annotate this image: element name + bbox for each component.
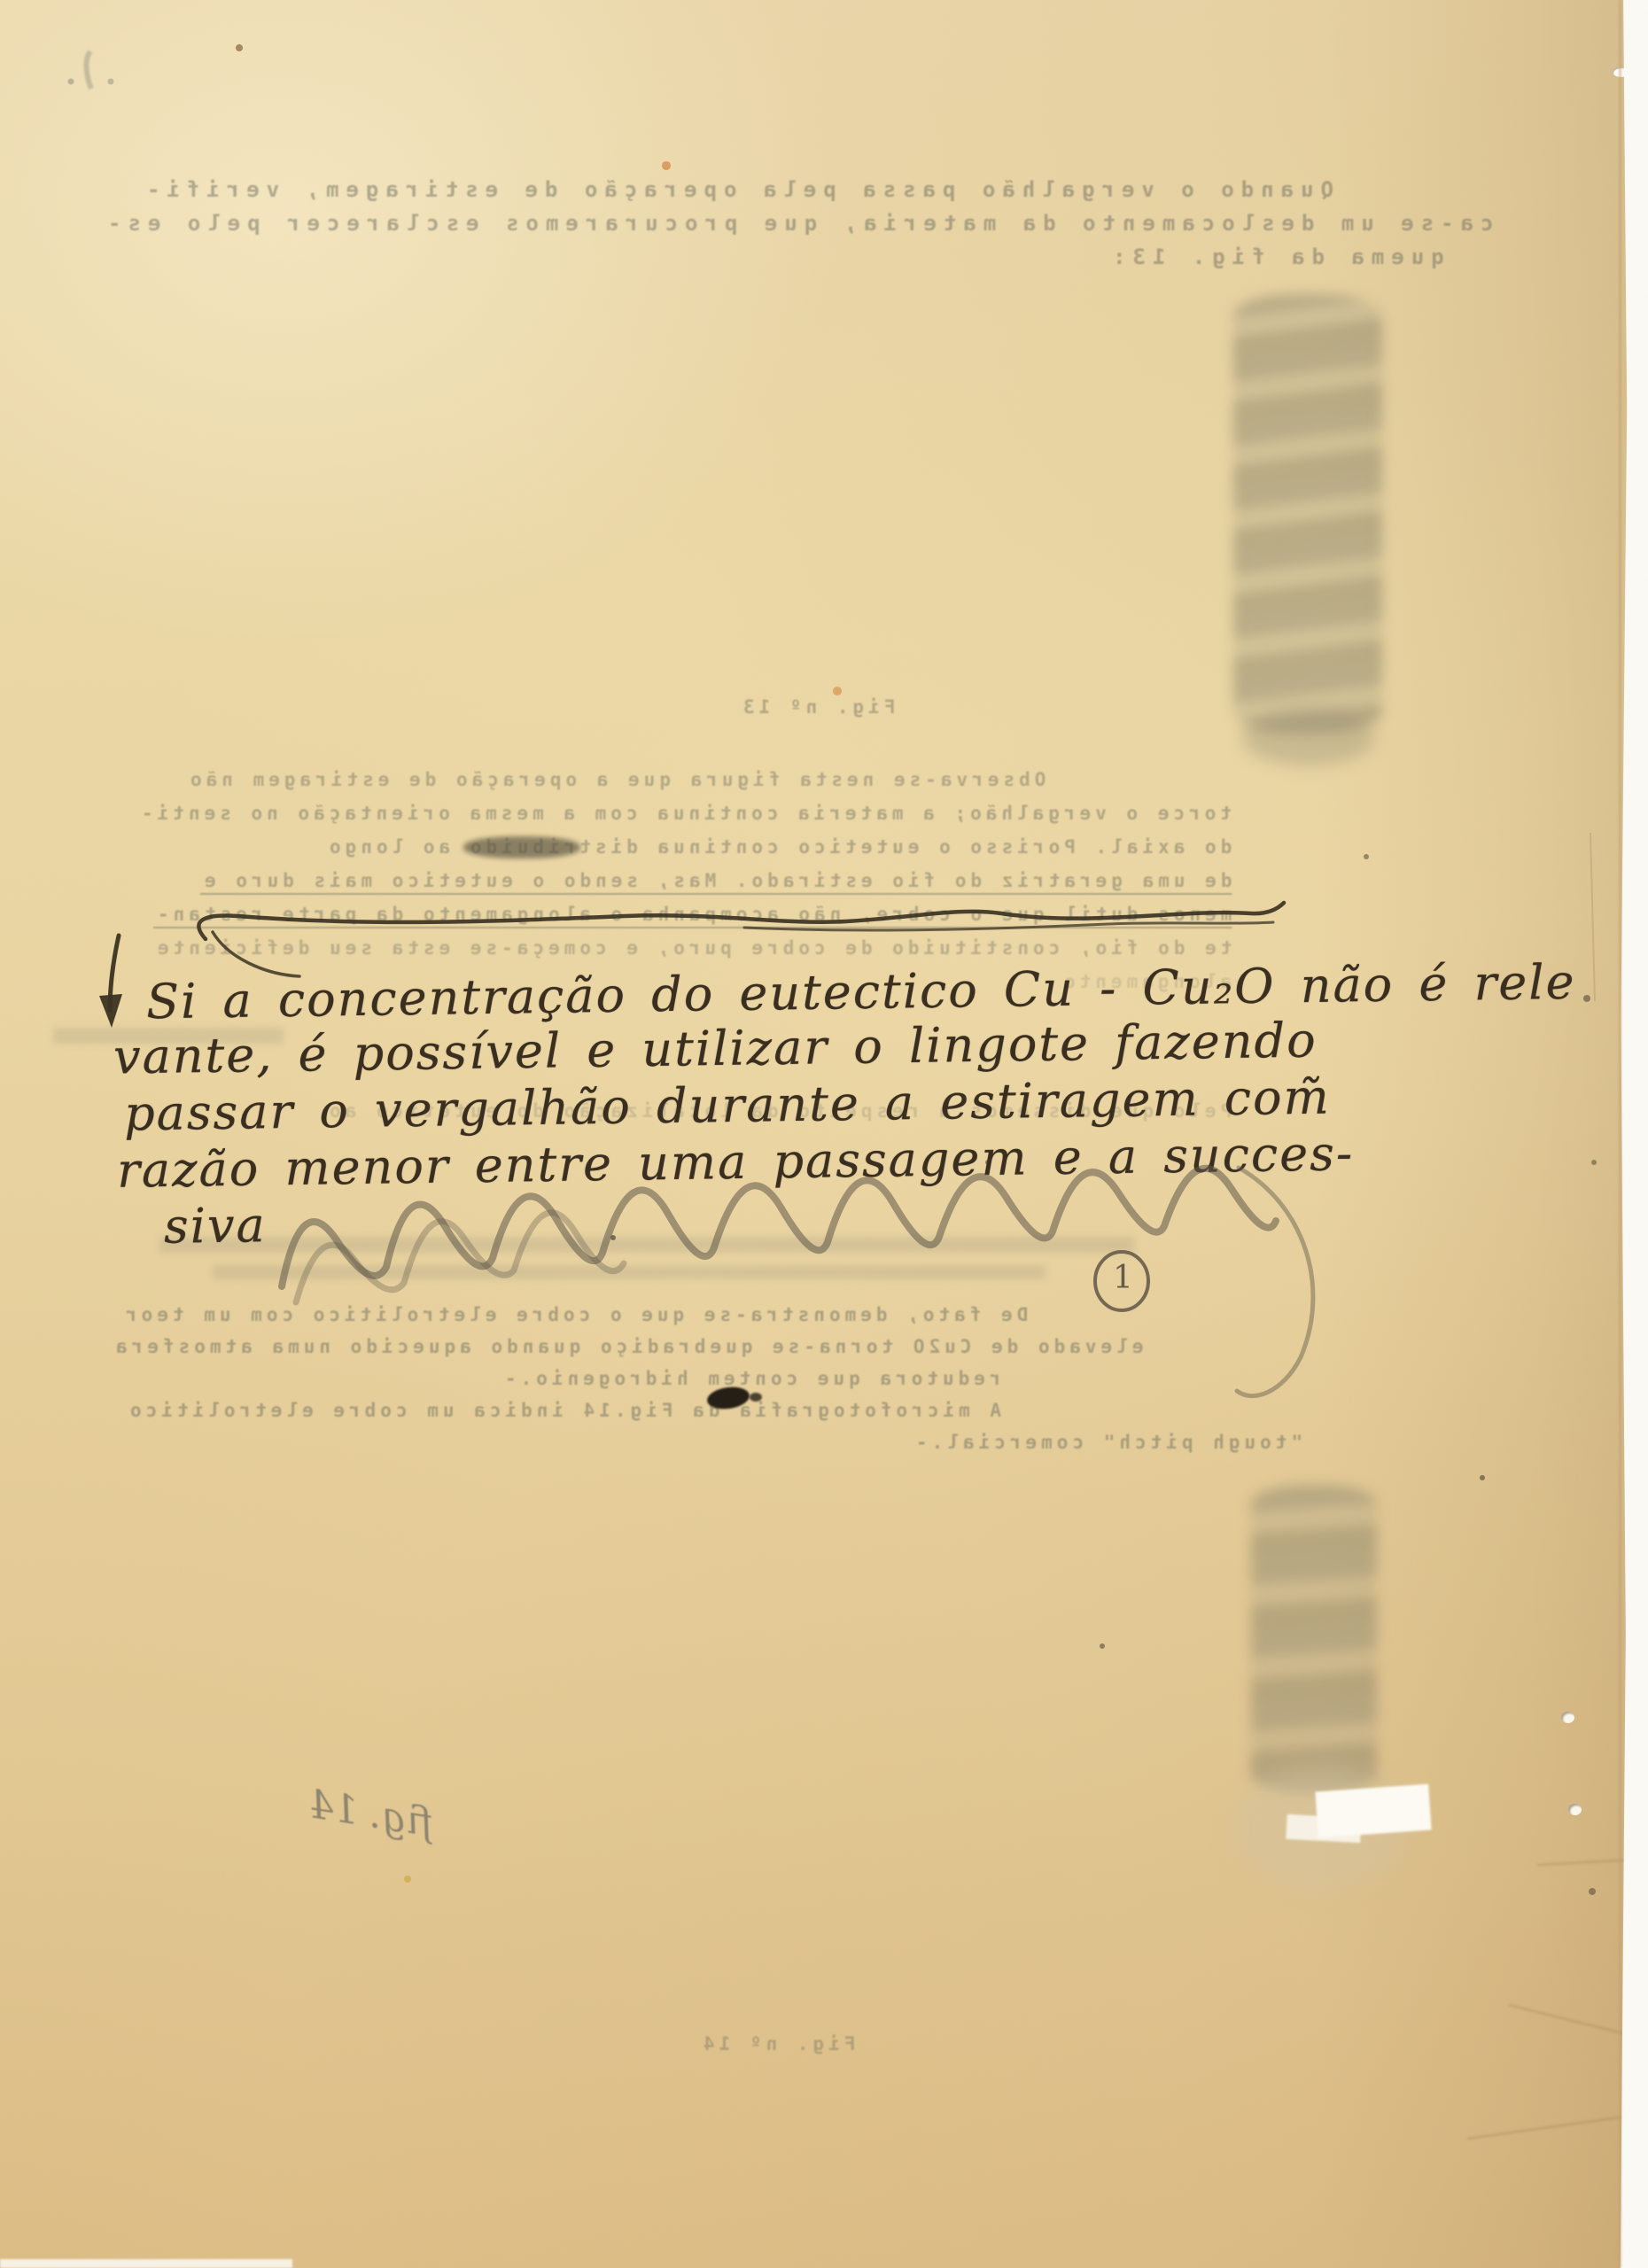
ghost-typed-line: "tough pitch" comercial.- <box>912 1432 1302 1453</box>
ghost-typed-line: de uma geratriz do fio estirado. Mas, se… <box>200 870 1232 891</box>
ghost-typed-line: menos dutil que o cobre, não acompanha o… <box>153 904 1232 925</box>
ghost-typed-line: A microfotografia da Fig.14 indica um co… <box>126 1400 1001 1421</box>
scan-bottom-edge <box>0 2259 292 2268</box>
paper-edge-shadow <box>1619 0 1621 2268</box>
ghost-typed-line: torce o vergalhão; a materia continua co… <box>137 803 1232 824</box>
ghost-typed-line: do axial. Porisso o eutetico continua di… <box>325 836 1232 858</box>
ghost-fig13-caption: Fig. nº 13 <box>739 696 895 718</box>
ghost-typed-line: te do fio, constituido de cobre puro, e … <box>153 937 1232 959</box>
ink-smudge-top-tail <box>1242 709 1375 765</box>
ink-smudge-bottom <box>1251 1485 1377 1793</box>
pencil-note: fig. 14 <box>306 1782 437 1846</box>
circled-number: 1 <box>1113 1260 1133 1296</box>
ghost-illegible-strip <box>159 1237 1134 1253</box>
ghost-typed-line: Quando o vergalhão passa pela operação d… <box>140 177 1333 202</box>
ghost-typed-line: redutora que contem hidrogenio.- <box>501 1368 1001 1389</box>
scanned-document-page: Quando o vergalhão passa pela operação d… <box>0 0 1648 2268</box>
torn-paper-patch-small <box>1286 1814 1361 1843</box>
ghost-typed-line: ca-se um deslocamento da materia, que pr… <box>101 211 1493 236</box>
ghost-typed-line: Observa-se nesta figura que a operação d… <box>186 769 1046 790</box>
paper-specks <box>0 0 4 4</box>
ghost-illegible-strip <box>213 1265 1046 1279</box>
paper-hole <box>1568 1804 1582 1815</box>
ghost-typed-line: elevado de Cu2O torna-se quebradiço quan… <box>112 1336 1143 1357</box>
corner-mark <box>62 46 142 99</box>
ghost-fig14-caption: Fig. nº 14 <box>699 2033 855 2054</box>
handwritten-line: siva <box>164 1197 268 1254</box>
paper-hole <box>1561 1712 1574 1723</box>
ink-blob-small <box>750 1393 762 1402</box>
ghost-typed-line: quema da fig. 13: <box>1106 245 1444 269</box>
scan-right-edge <box>1618 0 1648 2268</box>
ghost-typed-line: De fato, demonstra-se que o cobre eletro… <box>121 1304 1028 1325</box>
ink-strikethrough-blob <box>463 836 580 858</box>
ink-smudge-top <box>1233 294 1382 734</box>
